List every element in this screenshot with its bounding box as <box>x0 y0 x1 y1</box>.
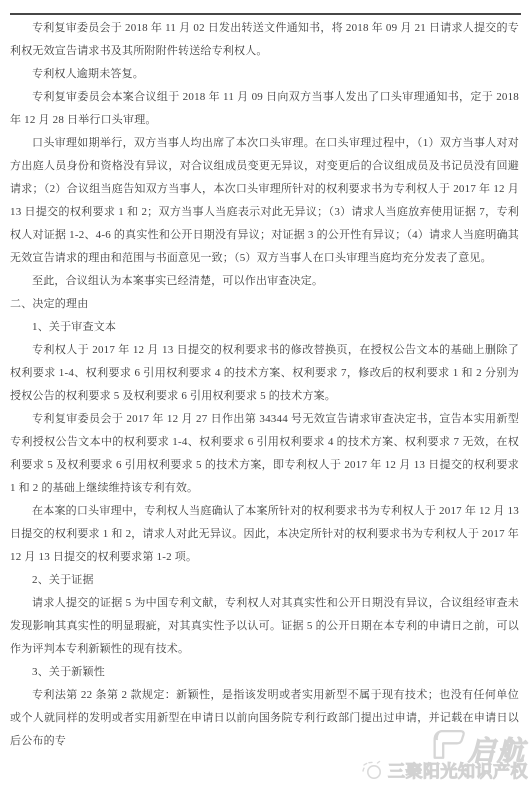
para-oral-hearing-held: 口头审理如期举行，双方当事人均出席了本次口头审理。在口头审理过程中，（1）双方当… <box>10 132 519 270</box>
para-claims-amendment: 专利权人于 2017 年 12 月 13 日提交的权利要求书的修改替换页，在授权… <box>10 339 519 408</box>
document-page: 专利复审委员会于 2018 年 11 月 02 日发出转送文件通知书，将 201… <box>0 0 530 798</box>
para-confirmed-claims: 在本案的口头审理中，专利权人当庭确认了本案所针对的权利要求书为专利权人于 201… <box>10 500 519 569</box>
para-evidence-5: 请求人提交的证据 5 为中国专利文献，专利权人对其真实性和公开日期没有异议，合议… <box>10 592 519 661</box>
sun-icon <box>361 759 385 786</box>
para-transfer-notice: 专利复审委员会于 2018 年 11 月 02 日发出转送文件通知书，将 201… <box>10 17 519 63</box>
para-oral-hearing-notice: 专利复审委员会本案合议组于 2018 年 11 月 09 日向双方当事人发出了口… <box>10 86 519 132</box>
heading-novelty: 3、关于新颖性 <box>10 661 519 684</box>
document-body: 专利复审委员会于 2018 年 11 月 02 日发出转送文件通知书，将 201… <box>10 17 519 753</box>
para-no-reply: 专利权人逾期未答复。 <box>10 63 519 86</box>
para-facts-clear: 至此，合议组认为本案事实已经清楚，可以作出审查决定。 <box>10 270 519 293</box>
top-rule <box>10 13 521 15</box>
heading-examination-text: 1、关于审查文本 <box>10 316 519 339</box>
watermark-firm-row: 三聚阳光知识产权 <box>360 759 528 786</box>
heading-decision-reasons: 二、决定的理由 <box>10 293 519 316</box>
watermark-firm-text: 三聚阳光知识产权 <box>388 762 528 782</box>
para-patent-law-22-2: 专利法第 22 条第 2 款规定：新颖性，是指该发明或者实用新型不属于现有技术；… <box>10 684 519 753</box>
heading-evidence: 2、关于证据 <box>10 569 519 592</box>
para-decision-34344: 专利复审委员会于 2017 年 12 月 27 日作出第 34344 号无效宣告… <box>10 408 519 500</box>
